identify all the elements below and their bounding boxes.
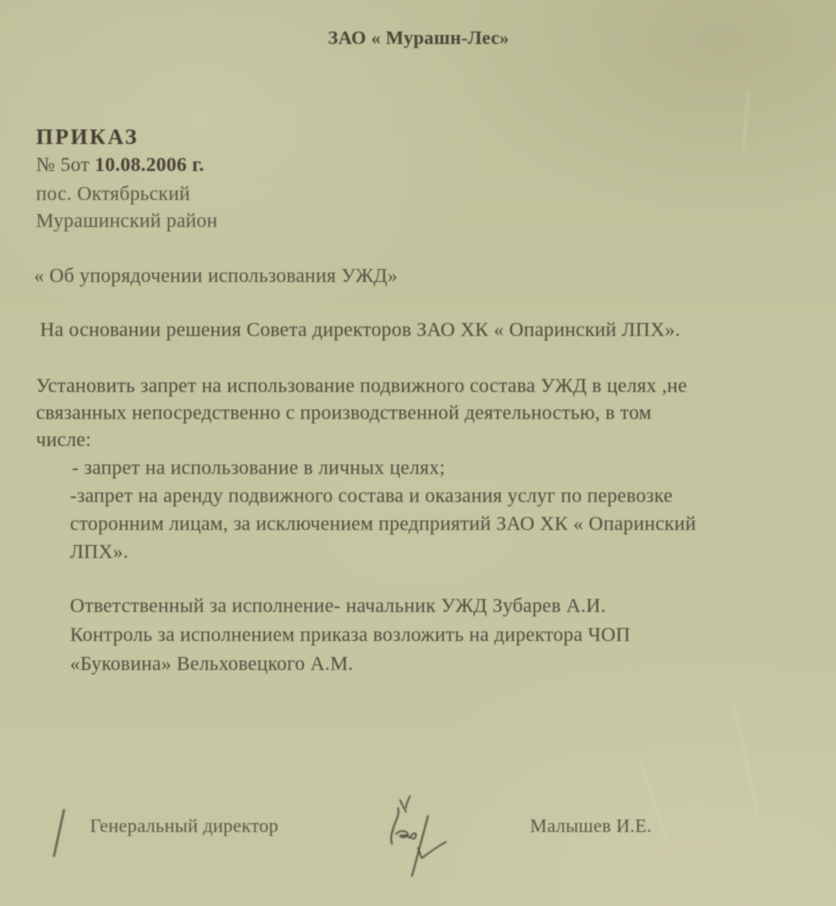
directive-line: Установить запрет на использование подви… <box>36 375 687 398</box>
order-subject: « Об упорядочении использования УЖД» <box>34 265 398 288</box>
responsibility-line: Контроль за исполнением приказа возложит… <box>70 624 630 647</box>
order-number-prefix: № 5от <box>36 154 90 176</box>
signatory-name: Малышев И.Е. <box>530 816 652 838</box>
list-item: -запрет на аренду подвижного состава и о… <box>70 485 673 508</box>
handwritten-signature-icon <box>370 790 480 890</box>
signature-position: Генеральный директор <box>90 816 278 838</box>
directive-line: связанных непосредственно с производстве… <box>36 402 652 425</box>
directive-line: числе: <box>36 429 91 452</box>
place-settlement: пос. Октябрьский <box>36 183 190 206</box>
company-header: ЗАО « Мурашн-Лес» <box>328 28 509 50</box>
order-date: 10.08.2006 г. <box>95 154 204 176</box>
list-item: ЛПХ». <box>70 541 128 564</box>
place-district: Мурашинский район <box>36 210 218 233</box>
order-title: ПРИКАЗ <box>36 124 139 150</box>
responsibility-line: «Буковина» Вельховецкого А.М. <box>70 653 353 676</box>
order-number: № 5от 10.08.2006 г. <box>36 154 204 177</box>
order-basis: На основании решения Совета директоров З… <box>40 319 680 342</box>
list-item: - запрет на использование в личных целях… <box>72 457 445 480</box>
responsibility-line: Ответственный за исполнение- начальник У… <box>70 595 606 618</box>
margin-mark-icon <box>50 808 70 858</box>
list-item: сторонним лицам, за исключением предприя… <box>70 513 696 536</box>
